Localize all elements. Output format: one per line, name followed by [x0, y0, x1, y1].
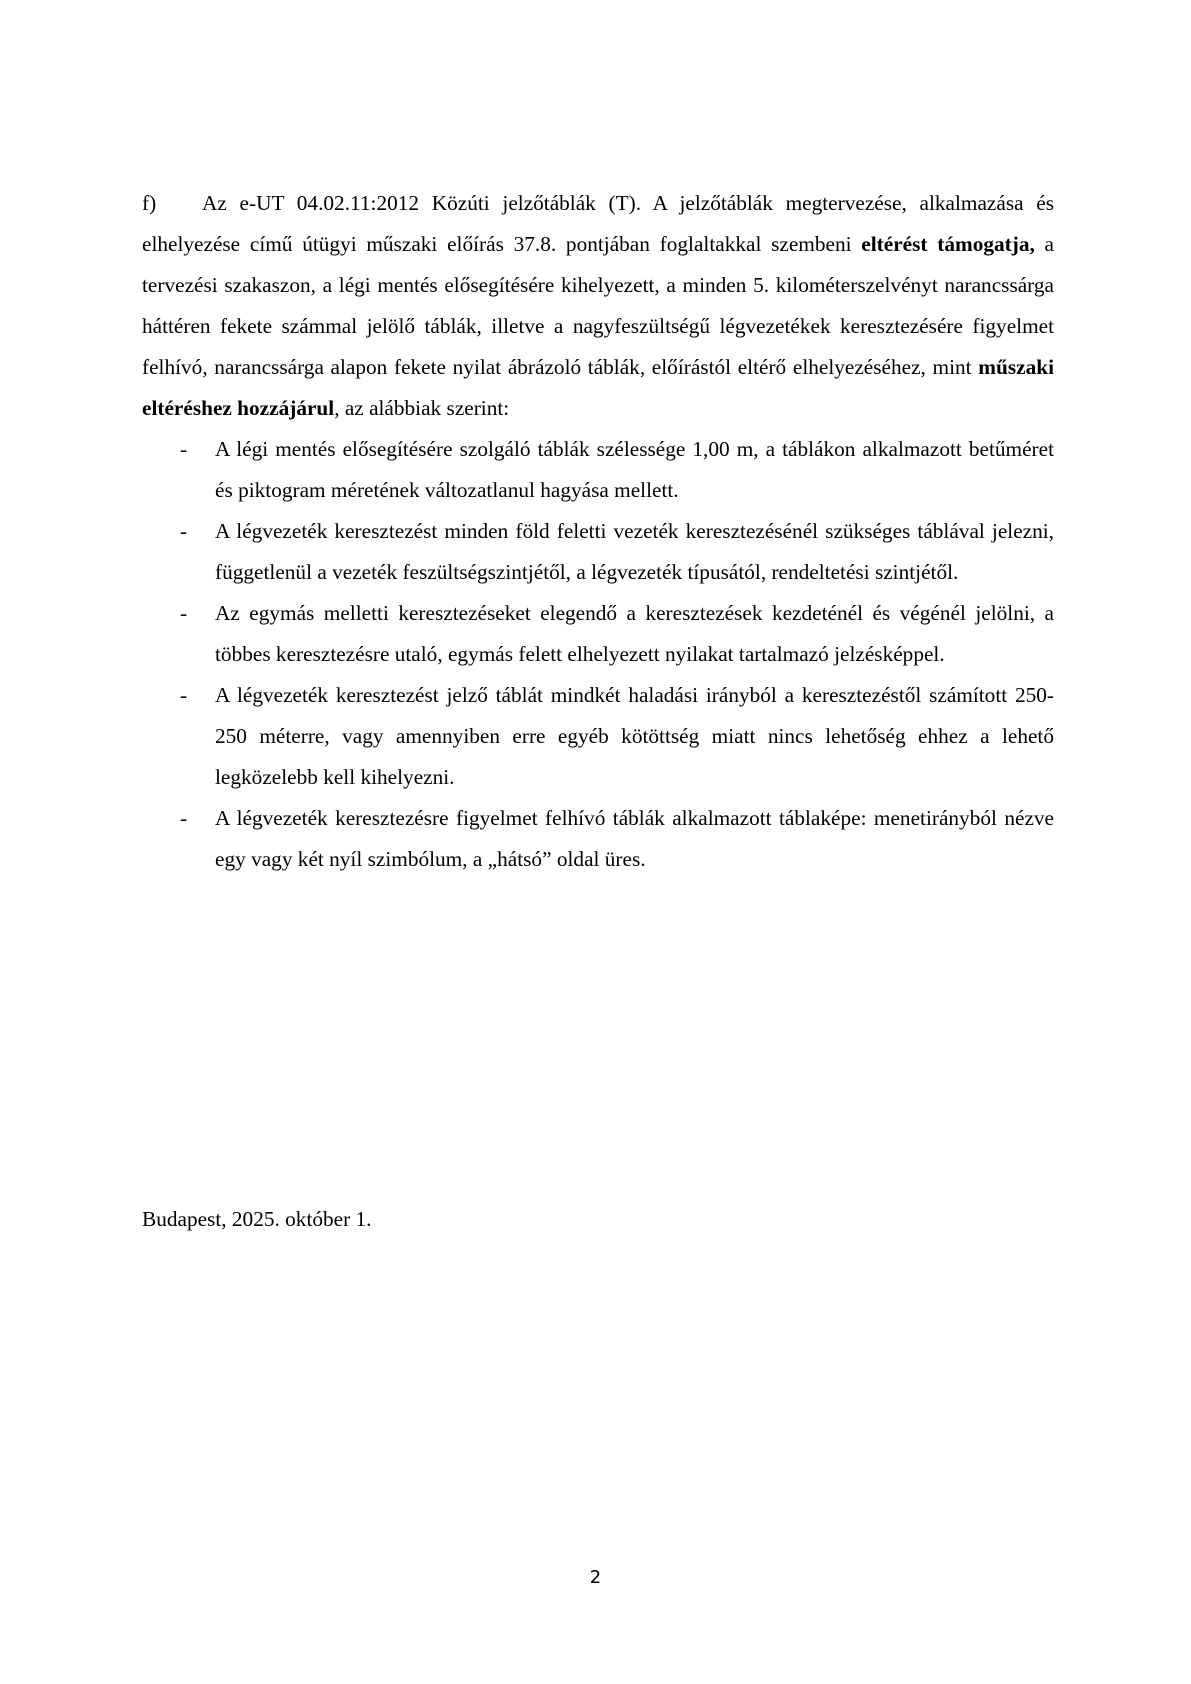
list-item: -Az egymás melletti keresztezéseket eleg…	[142, 593, 1054, 675]
list-item: -A légvezeték keresztezést minden föld f…	[142, 511, 1054, 593]
list-item-text: A légi mentés elősegítésére szolgáló táb…	[215, 437, 1054, 502]
document-body: f)Az e-UT 04.02.11:2012 Közúti jelzőtábl…	[142, 183, 1054, 880]
dash-bullet: -	[180, 511, 187, 552]
page-number: 2	[0, 1567, 1191, 1588]
paragraph-bold-1: eltérést támogatja,	[861, 232, 1035, 256]
list-item: -A légvezeték keresztezést jelző táblát …	[142, 675, 1054, 798]
dash-bullet: -	[180, 593, 187, 634]
main-paragraph: f)Az e-UT 04.02.11:2012 Közúti jelzőtábl…	[142, 183, 1054, 429]
date-line: Budapest, 2025. október 1.	[142, 1199, 372, 1240]
paragraph-label: f)	[142, 183, 202, 224]
dash-bullet: -	[180, 798, 187, 839]
list-item: -A légi mentés elősegítésére szolgáló tá…	[142, 429, 1054, 511]
dash-bullet: -	[180, 675, 187, 716]
list-item-text: A légvezeték keresztezést minden föld fe…	[215, 519, 1054, 584]
conditions-list: -A légi mentés elősegítésére szolgáló tá…	[142, 429, 1054, 880]
list-item-text: Az egymás melletti keresztezéseket elege…	[215, 601, 1054, 666]
list-item-text: A légvezeték keresztezésre figyelmet fel…	[215, 806, 1054, 871]
dash-bullet: -	[180, 429, 187, 470]
paragraph-text-3: , az alábbiak szerint:	[334, 396, 509, 420]
list-item-text: A légvezeték keresztezést jelző táblát m…	[215, 683, 1054, 789]
list-item: -A légvezeték keresztezésre figyelmet fe…	[142, 798, 1054, 880]
